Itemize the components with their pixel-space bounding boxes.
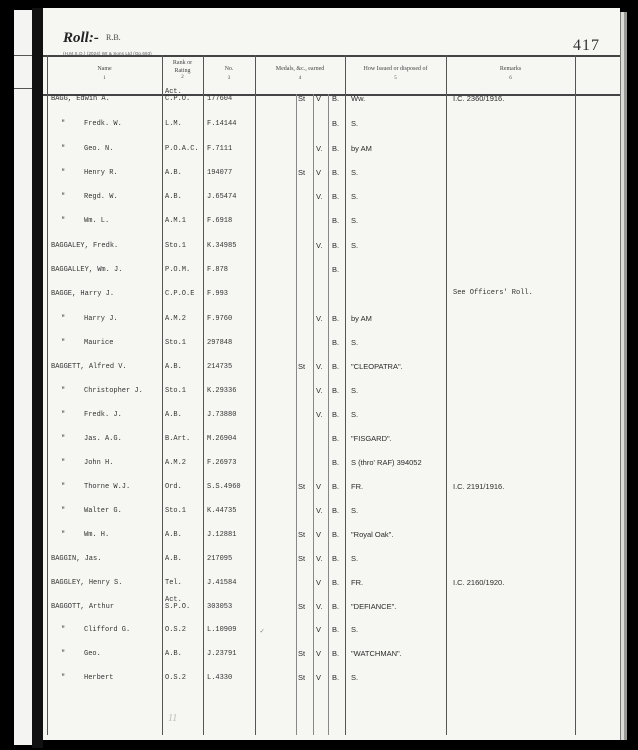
- service-number: 303053: [207, 604, 232, 612]
- column-header-number: 3: [203, 76, 255, 82]
- service-number: S.S.4960: [207, 484, 241, 492]
- victory-medal-mark: V: [316, 579, 321, 587]
- given-name: Harry J.: [84, 316, 118, 324]
- surname: BAGGALLEY,: [51, 266, 93, 274]
- how-issued: "WATCHMAN".: [351, 650, 402, 658]
- roll-entry-row: "Thorne W.J.Ord.S.S.4960StVB.FR.I.C. 219…: [43, 480, 620, 502]
- rank: Sto.1: [165, 388, 186, 396]
- rank: A.B.: [165, 170, 182, 178]
- given-name: Henry S.: [89, 579, 123, 587]
- column-header-number: 5: [345, 76, 446, 82]
- how-issued: by AM: [351, 315, 372, 323]
- british-war-medal-mark: B.: [332, 120, 339, 128]
- service-number: L.4330: [207, 675, 232, 683]
- ditto-mark: ": [61, 388, 65, 396]
- service-number: K.34985: [207, 243, 236, 251]
- service-number: F.6918: [207, 218, 232, 226]
- given-name: Fredk. W.: [84, 121, 122, 129]
- rank: A.B.: [165, 556, 182, 564]
- given-name: Herbert: [84, 675, 113, 683]
- surname: BAGGALEY,: [51, 242, 89, 250]
- british-war-medal-mark: B.: [332, 339, 339, 347]
- ditto-mark: ": [61, 532, 65, 540]
- given-name: Alfred V.: [89, 363, 127, 371]
- victory-medal-mark: V: [316, 95, 321, 103]
- remarks: See Officers' Roll.: [453, 290, 533, 298]
- remarks: I.C. 2360/1916.: [453, 95, 504, 103]
- roll-entry-row: "John H.A.M.2F.26973B.S (thro' RAF) 3940…: [43, 456, 620, 478]
- service-number: M.26904: [207, 436, 236, 444]
- given-name: Wm. H.: [84, 532, 109, 540]
- rank: Sto.1: [165, 340, 186, 348]
- service-number: J.41584: [207, 580, 236, 588]
- star-medal-mark: St: [298, 650, 305, 658]
- surname-and-given-name: BAGG, Edwin A.: [51, 96, 110, 104]
- ditto-mark: ": [61, 460, 65, 468]
- victory-medal-mark: V.: [316, 193, 322, 201]
- stray-tick-mark: ✓: [260, 627, 264, 636]
- victory-medal-mark: V: [316, 483, 321, 491]
- given-name: Geo.: [84, 651, 101, 659]
- rank: A.B.: [165, 412, 182, 420]
- rank: Sto.1: [165, 508, 186, 516]
- star-medal-mark: St: [298, 531, 305, 539]
- column-header-label: Rank or Rating: [171, 60, 195, 75]
- how-issued: S.: [351, 339, 358, 347]
- british-war-medal-mark: B.: [332, 242, 339, 250]
- british-war-medal-mark: B.: [332, 387, 339, 395]
- star-medal-mark: St: [298, 483, 305, 491]
- roll-entry-row: BAGGE, Harry J.C.P.O.EF.993See Officers'…: [43, 287, 620, 309]
- victory-medal-mark: V.: [316, 145, 322, 153]
- how-issued: by AM: [351, 145, 372, 153]
- how-issued: "Royal Oak".: [351, 531, 393, 539]
- given-name: Arthur: [89, 603, 114, 611]
- ditto-mark: ": [61, 316, 65, 324]
- roll-entry-row: "MauriceSto.1297848B.S.: [43, 336, 620, 358]
- service-number: 177604: [207, 96, 232, 104]
- rank: Tel.: [165, 580, 182, 588]
- facing-page-rule: [14, 55, 32, 56]
- rank: Ord.: [165, 484, 182, 492]
- roll-entry-row: "Geo.A.B.J.23791StVB."WATCHMAN".: [43, 647, 620, 669]
- rank: L.M.: [165, 121, 182, 129]
- facing-page-edge: [14, 10, 33, 745]
- victory-medal-mark: V.: [316, 387, 322, 395]
- surname: BAGGIN,: [51, 555, 80, 563]
- how-issued: S.: [351, 169, 358, 177]
- service-number: J.12881: [207, 532, 236, 540]
- given-name: Edwin A.: [76, 95, 110, 103]
- given-name: Thorne W.J.: [84, 484, 130, 492]
- service-number: K.44735: [207, 508, 236, 516]
- victory-medal-mark: V: [316, 169, 321, 177]
- how-issued: S.: [351, 411, 358, 419]
- rank: C.P.O.: [165, 96, 190, 104]
- ditto-mark: ": [61, 218, 65, 226]
- given-name: Walter G.: [84, 508, 122, 516]
- british-war-medal-mark: B.: [332, 411, 339, 419]
- star-medal-mark: St: [298, 603, 305, 611]
- british-war-medal-mark: B.: [332, 579, 339, 587]
- medal-roll-page: Roll:- R.B. (H.M.S.O.) (2024) Wt & Sons …: [43, 8, 620, 740]
- column-header-number: 2: [162, 75, 203, 81]
- facing-page-rule: [14, 88, 32, 89]
- british-war-medal-mark: B.: [332, 145, 339, 153]
- rank: A.B.: [165, 532, 182, 540]
- ditto-mark: ": [61, 194, 65, 202]
- british-war-medal-mark: B.: [332, 459, 339, 467]
- surname: BAGGE,: [51, 290, 76, 298]
- victory-medal-mark: V.: [316, 555, 322, 563]
- service-number: 214735: [207, 364, 232, 372]
- roll-entry-row: BAGGALLEY, Wm. J.P.O.M.F.878B.: [43, 263, 620, 285]
- roll-label: Roll:-: [63, 30, 99, 47]
- british-war-medal-mark: B.: [332, 507, 339, 515]
- ditto-mark: ": [61, 170, 65, 178]
- surname-and-given-name: BAGGLEY, Henry S.: [51, 580, 122, 588]
- star-medal-mark: St: [298, 95, 305, 103]
- service-number: F.26973: [207, 460, 236, 468]
- given-name: Jas. A.G.: [84, 436, 122, 444]
- page-number: 417: [573, 37, 600, 55]
- roll-entry-row: "Wm. H.A.B.J.12881StVB."Royal Oak".: [43, 528, 620, 550]
- victory-medal-mark: V: [316, 531, 321, 539]
- roll-entry-row: "Harry J.A.M.2F.9760V.B.by AM: [43, 312, 620, 334]
- rank: A.M.1: [165, 218, 186, 226]
- roll-entry-row: "Jas. A.G.B.Art.M.26904B."FISGARD".: [43, 432, 620, 454]
- rank: P.O.A.C.: [165, 146, 199, 154]
- service-number: L.10909: [207, 627, 236, 635]
- british-war-medal-mark: B.: [332, 435, 339, 443]
- service-number: J.65474: [207, 194, 236, 202]
- binding-gutter: [32, 8, 43, 748]
- given-name: Wm. J.: [97, 266, 122, 274]
- british-war-medal-mark: B.: [332, 650, 339, 658]
- column-header-number: 1: [47, 76, 162, 82]
- surname-and-given-name: BAGGE, Harry J.: [51, 291, 114, 299]
- roll-entry-row: BAGGIN, Jas.A.B.217095StV.B.S.: [43, 552, 620, 574]
- given-name: Fredk.: [93, 242, 118, 250]
- column-header-label: Name: [97, 66, 111, 72]
- roll-entry-row: "Fredk. W.L.M.F.14144B.S.: [43, 117, 620, 139]
- how-issued: S.: [351, 193, 358, 201]
- how-issued: S.: [351, 507, 358, 515]
- rank: C.P.O.E: [165, 291, 194, 299]
- page-stack-edge-shadow: [624, 12, 627, 740]
- victory-medal-mark: V.: [316, 603, 322, 611]
- column-header-label: Medals, &c., earned: [276, 66, 324, 72]
- british-war-medal-mark: B.: [332, 169, 339, 177]
- victory-medal-mark: V.: [316, 507, 322, 515]
- roll-entry-row: "Walter G.Sto.1K.44735V.B.S.: [43, 504, 620, 526]
- ditto-mark: ": [61, 508, 65, 516]
- pencil-annotation: 11: [168, 713, 177, 724]
- victory-medal-mark: V.: [316, 411, 322, 419]
- british-war-medal-mark: B.: [332, 266, 339, 274]
- british-war-medal-mark: B.: [332, 193, 339, 201]
- british-war-medal-mark: B.: [332, 674, 339, 682]
- victory-medal-mark: V.: [316, 315, 322, 323]
- service-number: F.878: [207, 267, 228, 275]
- how-issued: Ww.: [351, 95, 365, 103]
- ditto-mark: ": [61, 121, 65, 129]
- service-number: F.14144: [207, 121, 236, 129]
- roll-value: R.B.: [106, 33, 121, 42]
- how-issued: S (thro' RAF) 394052: [351, 459, 422, 467]
- rank: S.P.O.: [165, 604, 190, 612]
- british-war-medal-mark: B.: [332, 555, 339, 563]
- header-top-rule: [43, 55, 620, 57]
- service-number: 297848: [207, 340, 232, 348]
- roll-entry-row: "Henry R.A.B.194077StVB.S.: [43, 166, 620, 188]
- given-name: Henry R.: [84, 170, 118, 178]
- how-issued: "DEFIANCE".: [351, 603, 396, 611]
- rank: Sto.1: [165, 243, 186, 251]
- how-issued: S.: [351, 674, 358, 682]
- rank: A.B.: [165, 194, 182, 202]
- british-war-medal-mark: B.: [332, 603, 339, 611]
- roll-entry-row: "HerbertO.S.2L.4330StVB.S.: [43, 671, 620, 693]
- star-medal-mark: St: [298, 169, 305, 177]
- remarks: I.C. 2160/1920.: [453, 579, 504, 587]
- service-number: 194077: [207, 170, 232, 178]
- british-war-medal-mark: B.: [332, 95, 339, 103]
- british-war-medal-mark: B.: [332, 531, 339, 539]
- star-medal-mark: St: [298, 674, 305, 682]
- given-name: Christopher J.: [84, 388, 143, 396]
- rank: A.M.2: [165, 316, 186, 324]
- surname-and-given-name: BAGGIN, Jas.: [51, 556, 101, 564]
- how-issued: S.: [351, 217, 358, 225]
- roll-entry-row: "Geo. N.P.O.A.C.F.7111V.B.by AM: [43, 142, 620, 164]
- british-war-medal-mark: B.: [332, 315, 339, 323]
- how-issued: S.: [351, 626, 358, 634]
- roll-entry-row: BAGGLEY, Henry S.Tel.J.41584VB.FR.I.C. 2…: [43, 576, 620, 598]
- how-issued: S.: [351, 120, 358, 128]
- column-header-label: No.: [225, 66, 234, 72]
- ditto-mark: ": [61, 436, 65, 444]
- given-name: Wm. L.: [84, 218, 109, 226]
- ditto-mark: ": [61, 146, 65, 154]
- given-name: Regd. W.: [84, 194, 118, 202]
- how-issued: S.: [351, 242, 358, 250]
- british-war-medal-mark: B.: [332, 363, 339, 371]
- service-number: F.9760: [207, 316, 232, 324]
- british-war-medal-mark: B.: [332, 626, 339, 634]
- british-war-medal-mark: B.: [332, 483, 339, 491]
- roll-entry-row: "Regd. W.A.B.J.65474V.B.S.: [43, 190, 620, 212]
- roll-entry-row: BAGGETT, Alfred V.A.B.214735StV.B."CLEOP…: [43, 360, 620, 382]
- ditto-mark: ": [61, 627, 65, 635]
- service-number: J.73880: [207, 412, 236, 420]
- remarks: I.C. 2191/1916.: [453, 483, 504, 491]
- victory-medal-mark: V: [316, 674, 321, 682]
- given-name: John H.: [84, 460, 113, 468]
- victory-medal-mark: V.: [316, 242, 322, 250]
- given-name: Clifford G.: [84, 627, 130, 635]
- how-issued: FR.: [351, 579, 363, 587]
- rank: A.B.: [165, 651, 182, 659]
- roll-entry-row: BAGG, Edwin A.Act.C.P.O.177604StVB.Ww.I.…: [43, 92, 620, 114]
- british-war-medal-mark: B.: [332, 217, 339, 225]
- given-name: Fredk. J.: [84, 412, 122, 420]
- column-header-number: 4: [255, 76, 345, 82]
- surname: BAGG,: [51, 95, 72, 103]
- service-number: J.23791: [207, 651, 236, 659]
- surname-and-given-name: BAGGETT, Alfred V.: [51, 364, 127, 372]
- rank: O.S.2: [165, 627, 186, 635]
- how-issued: "FISGARD".: [351, 435, 392, 443]
- service-number: F.7111: [207, 146, 232, 154]
- how-issued: S.: [351, 387, 358, 395]
- given-name: Harry J.: [80, 290, 114, 298]
- rank: A.B.: [165, 364, 182, 372]
- roll-entry-row: "Christopher J.Sto.1K.29336V.B.S.: [43, 384, 620, 406]
- given-name: Jas.: [85, 555, 102, 563]
- rank: B.Art.: [165, 436, 190, 444]
- surname: BAGGLEY,: [51, 579, 85, 587]
- ditto-mark: ": [61, 651, 65, 659]
- ditto-mark: ": [61, 340, 65, 348]
- column-header-number: 6: [446, 76, 575, 82]
- how-issued: FR.: [351, 483, 363, 491]
- roll-entry-row: "Fredk. J.A.B.J.73880V.B.S.: [43, 408, 620, 430]
- ditto-mark: ": [61, 412, 65, 420]
- given-name: Geo. N.: [84, 146, 113, 154]
- surname-and-given-name: BAGGALLEY, Wm. J.: [51, 267, 122, 275]
- rank: O.S.2: [165, 675, 186, 683]
- roll-entry-row: "Clifford G.O.S.2L.10909VB.S.✓: [43, 623, 620, 645]
- surname: BAGGETT,: [51, 363, 85, 371]
- how-issued: "CLEOPATRA".: [351, 363, 403, 371]
- column-header-label: How Issued or disposed of: [364, 66, 428, 72]
- how-issued: S.: [351, 555, 358, 563]
- column-header-label: Remarks: [500, 66, 521, 72]
- victory-medal-mark: V: [316, 626, 321, 634]
- roll-entry-row: BAGGALEY, Fredk.Sto.1K.34985V.B.S.: [43, 239, 620, 261]
- ditto-mark: ": [61, 675, 65, 683]
- service-number: F.993: [207, 291, 228, 299]
- star-medal-mark: St: [298, 555, 305, 563]
- victory-medal-mark: V.: [316, 363, 322, 371]
- victory-medal-mark: V: [316, 650, 321, 658]
- given-name: Maurice: [84, 340, 113, 348]
- service-number: 217095: [207, 556, 232, 564]
- star-medal-mark: St: [298, 363, 305, 371]
- service-number: K.29336: [207, 388, 236, 396]
- roll-entry-row: BAGGOTT, ArthurAct.S.P.O.303053StV.B."DE…: [43, 600, 620, 622]
- ditto-mark: ": [61, 484, 65, 492]
- rank: P.O.M.: [165, 267, 190, 275]
- surname-and-given-name: BAGGALEY, Fredk.: [51, 243, 118, 251]
- rank: A.M.2: [165, 460, 186, 468]
- surname-and-given-name: BAGGOTT, Arthur: [51, 604, 114, 612]
- roll-entry-row: "Wm. L.A.M.1F.6918B.S.: [43, 214, 620, 236]
- surname: BAGGOTT,: [51, 603, 85, 611]
